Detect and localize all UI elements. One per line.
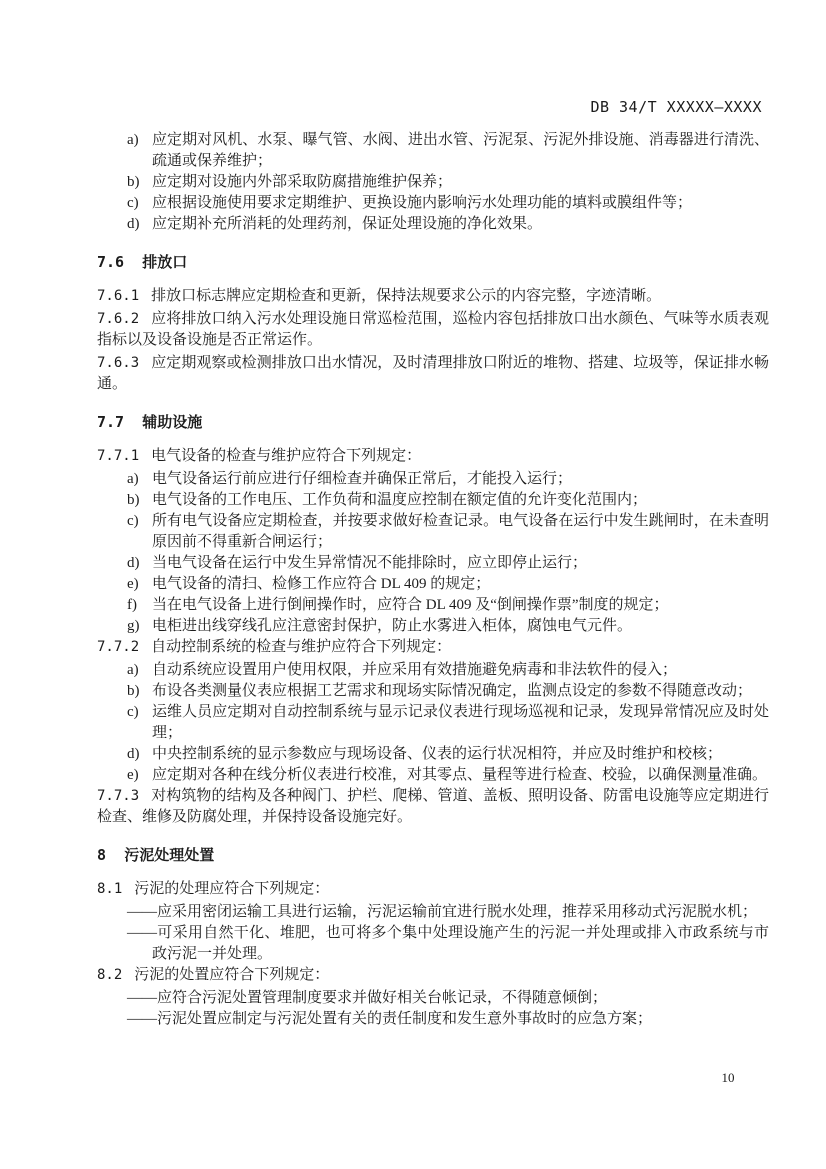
page-number: 10 bbox=[712, 1070, 744, 1086]
list-item: b) 应定期对设施内外部采取防腐措施维护保养； bbox=[97, 172, 769, 193]
list-item-text: 布设各类测量仪表应根据工艺需求和现场实际情况确定，监测点设定的参数不得随意改动； bbox=[152, 683, 752, 699]
list-item-marker: e) bbox=[127, 765, 139, 786]
list-item: e) 电气设备的清扫、检修工作应符合 DL 409 的规定； bbox=[97, 574, 769, 595]
clause-7-7-2: 7.7.2自动控制系统的检查与维护应符合下列规定： bbox=[97, 637, 769, 658]
clause-number: 7.6.3 bbox=[97, 355, 139, 371]
section-heading-8: 8 污泥处理处置 bbox=[97, 844, 769, 867]
clause-number: 7.7.1 bbox=[97, 448, 139, 464]
list-item: g) 电柜进出线穿线孔应注意密封保护，防止水雾进入柜体，腐蚀电气元件。 bbox=[97, 616, 769, 637]
list-item: c) 运维人员应定期对自动控制系统与显示记录仪表进行现场巡视和记录，发现异常情况… bbox=[97, 702, 769, 744]
clause-8-1: 8.1污泥的处理应符合下列规定： bbox=[97, 879, 769, 900]
clause-7-6-2: 7.6.2应将排放口纳入污水处理设施日常巡检范围，巡检内容包括排放口出水颜色、气… bbox=[97, 309, 769, 351]
list-item-text: 电气设备运行前应进行仔细检查并确保正常后，才能投入运行； bbox=[152, 471, 572, 487]
clause-number: 7.6.1 bbox=[97, 288, 139, 304]
list-item-marker: b) bbox=[127, 490, 140, 511]
clause-number: 8.1 bbox=[97, 881, 122, 897]
list-item-text: 当在电气设备上进行倒闸操作时，应符合 DL 409 及“倒闸操作票”制度的规定； bbox=[152, 597, 669, 613]
list-item: c) 应根据设施使用要求定期维护、更换设施内影响污水处理功能的填料或膜组件等； bbox=[97, 193, 769, 214]
dash-item: ——可采用自然干化、堆肥，也可将多个集中处理设施产生的污泥一并处理或排入市政系统… bbox=[97, 923, 769, 965]
clause-text: 应定期观察或检测排放口出水情况，及时清理排放口附近的堆物、搭建、垃圾等，保证排水… bbox=[97, 355, 769, 392]
list-item: d) 应定期补充所消耗的处理药剂，保证处理设施的净化效果。 bbox=[97, 214, 769, 235]
list-item: c) 所有电气设备应定期检查，并按要求做好检查记录。电气设备在运行中发生跳闸时，… bbox=[97, 511, 769, 553]
list-item-marker: d) bbox=[127, 744, 140, 765]
lettered-list-7-7-2: a) 自动系统应设置用户使用权限，并应采用有效措施避免病毒和非法软件的侵入； b… bbox=[97, 660, 769, 786]
clause-7-6-1: 7.6.1排放口标志牌应定期检查和更新，保持法规要求公示的内容完整，字迹清晰。 bbox=[97, 286, 769, 307]
list-item-text: 所有电气设备应定期检查，并按要求做好检查记录。电气设备在运行中发生跳闸时，在未查… bbox=[152, 513, 769, 550]
list-item-marker: a) bbox=[127, 469, 139, 490]
section-number: 8 bbox=[97, 846, 106, 864]
section-title: 污泥处理处置 bbox=[124, 847, 214, 864]
list-item: a) 应定期对风机、水泵、曝气管、水阀、进出水管、污泥泵、污泥外排设施、消毒器进… bbox=[97, 130, 769, 172]
clause-text: 污泥的处置应符合下列规定： bbox=[134, 967, 329, 983]
list-item: d) 中央控制系统的显示参数应与现场设备、仪表的运行状况相符，并应及时维护和校核… bbox=[97, 744, 769, 765]
clause-text: 对构筑物的结构及各种阀门、护栏、爬梯、管道、盖板、照明设备、防雷电设施等应定期进… bbox=[97, 788, 769, 825]
list-item: a) 电气设备运行前应进行仔细检查并确保正常后，才能投入运行； bbox=[97, 469, 769, 490]
clause-7-7-1: 7.7.1电气设备的检查与维护应符合下列规定： bbox=[97, 446, 769, 467]
list-item-text: 应定期对风机、水泵、曝气管、水阀、进出水管、污泥泵、污泥外排设施、消毒器进行清洗… bbox=[152, 132, 769, 169]
list-item-marker: a) bbox=[127, 660, 139, 681]
document-body: a) 应定期对风机、水泵、曝气管、水阀、进出水管、污泥泵、污泥外排设施、消毒器进… bbox=[97, 130, 769, 1030]
clause-text: 应将排放口纳入污水处理设施日常巡检范围，巡检内容包括排放口出水颜色、气味等水质表… bbox=[97, 311, 769, 348]
clause-number: 7.6.2 bbox=[97, 311, 139, 327]
section-number: 7.6 bbox=[97, 253, 124, 271]
dash-list-8-2: ——应符合污泥处置管理制度要求并做好相关台帐记录，不得随意倾倒； ——污泥处置应… bbox=[97, 988, 769, 1030]
list-item-text: 应定期对各种在线分析仪表进行校准，对其零点、量程等进行检查、校验，以确保测量准确… bbox=[152, 767, 767, 783]
list-item-marker: c) bbox=[127, 702, 139, 723]
list-item-marker: g) bbox=[127, 616, 140, 637]
list-item: b) 电气设备的工作电压、工作负荷和温度应控制在额定值的允许变化范围内； bbox=[97, 490, 769, 511]
list-item-marker: d) bbox=[127, 214, 140, 235]
dash-item: ——应符合污泥处置管理制度要求并做好相关台帐记录，不得随意倾倒； bbox=[97, 988, 769, 1009]
list-item-marker: f) bbox=[127, 595, 137, 616]
list-item: e) 应定期对各种在线分析仪表进行校准，对其零点、量程等进行检查、校验，以确保测… bbox=[97, 765, 769, 786]
clause-text: 污泥的处理应符合下列规定： bbox=[134, 881, 329, 897]
clause-text: 自动控制系统的检查与维护应符合下列规定： bbox=[151, 639, 451, 655]
dash-item: ——污泥处置应制定与污泥处置有关的责任制度和发生意外事故时的应急方案； bbox=[97, 1009, 769, 1030]
list-item: b) 布设各类测量仪表应根据工艺需求和现场实际情况确定，监测点设定的参数不得随意… bbox=[97, 681, 769, 702]
list-item-text: 应定期补充所消耗的处理药剂，保证处理设施的净化效果。 bbox=[152, 216, 542, 232]
clause-text: 电气设备的检查与维护应符合下列规定： bbox=[151, 448, 421, 464]
list-item-text: 电柜进出线穿线孔应注意密封保护，防止水雾进入柜体，腐蚀电气元件。 bbox=[152, 618, 632, 634]
section-title: 排放口 bbox=[142, 254, 187, 271]
list-item: a) 自动系统应设置用户使用权限，并应采用有效措施避免病毒和非法软件的侵入； bbox=[97, 660, 769, 681]
list-item-marker: b) bbox=[127, 172, 140, 193]
list-item: f) 当在电气设备上进行倒闸操作时，应符合 DL 409 及“倒闸操作票”制度的… bbox=[97, 595, 769, 616]
clause-7-7-3: 7.7.3对构筑物的结构及各种阀门、护栏、爬梯、管道、盖板、照明设备、防雷电设施… bbox=[97, 786, 769, 828]
clause-7-6-3: 7.6.3应定期观察或检测排放口出水情况，及时清理排放口附近的堆物、搭建、垃圾等… bbox=[97, 353, 769, 395]
clause-8-2: 8.2污泥的处置应符合下列规定： bbox=[97, 965, 769, 986]
lettered-list-7-7-1: a) 电气设备运行前应进行仔细检查并确保正常后，才能投入运行； b) 电气设备的… bbox=[97, 469, 769, 637]
list-item-text: 运维人员应定期对自动控制系统与显示记录仪表进行现场巡视和记录，发现异常情况应及时… bbox=[152, 704, 769, 741]
lettered-list-top: a) 应定期对风机、水泵、曝气管、水阀、进出水管、污泥泵、污泥外排设施、消毒器进… bbox=[97, 130, 769, 235]
section-title: 辅助设施 bbox=[142, 414, 202, 431]
list-item-text: 应根据设施使用要求定期维护、更换设施内影响污水处理功能的填料或膜组件等； bbox=[152, 195, 692, 211]
list-item-text: 电气设备的清扫、检修工作应符合 DL 409 的规定； bbox=[152, 576, 490, 592]
dash-list-8-1: ——应采用密闭运输工具进行运输，污泥运输前宜进行脱水处理，推荐采用移动式污泥脱水… bbox=[97, 902, 769, 965]
list-item-marker: c) bbox=[127, 193, 139, 214]
standard-code-header: DB 34/T XXXXX—XXXX bbox=[590, 98, 762, 116]
section-number: 7.7 bbox=[97, 413, 124, 431]
list-item-text: 应定期对设施内外部采取防腐措施维护保养； bbox=[152, 174, 452, 190]
section-heading-7-7: 7.7 辅助设施 bbox=[97, 411, 769, 434]
dash-item: ——应采用密闭运输工具进行运输，污泥运输前宜进行脱水处理，推荐采用移动式污泥脱水… bbox=[97, 902, 769, 923]
list-item: d) 当电气设备在运行中发生异常情况不能排除时，应立即停止运行； bbox=[97, 553, 769, 574]
section-heading-7-6: 7.6 排放口 bbox=[97, 251, 769, 274]
list-item-marker: c) bbox=[127, 511, 139, 532]
list-item-marker: a) bbox=[127, 130, 139, 151]
list-item-text: 电气设备的工作电压、工作负荷和温度应控制在额定值的允许变化范围内； bbox=[152, 492, 647, 508]
list-item-marker: e) bbox=[127, 574, 139, 595]
list-item-marker: d) bbox=[127, 553, 140, 574]
clause-number: 8.2 bbox=[97, 967, 122, 983]
clause-number: 7.7.3 bbox=[97, 788, 139, 804]
document-page: DB 34/T XXXXX—XXXX a) 应定期对风机、水泵、曝气管、水阀、进… bbox=[0, 0, 826, 1169]
clause-number: 7.7.2 bbox=[97, 639, 139, 655]
clause-text: 排放口标志牌应定期检查和更新，保持法规要求公示的内容完整，字迹清晰。 bbox=[151, 288, 661, 304]
list-item-text: 自动系统应设置用户使用权限，并应采用有效措施避免病毒和非法软件的侵入； bbox=[152, 662, 677, 678]
list-item-text: 中央控制系统的显示参数应与现场设备、仪表的运行状况相符，并应及时维护和校核； bbox=[152, 746, 722, 762]
list-item-text: 当电气设备在运行中发生异常情况不能排除时，应立即停止运行； bbox=[152, 555, 587, 571]
list-item-marker: b) bbox=[127, 681, 140, 702]
